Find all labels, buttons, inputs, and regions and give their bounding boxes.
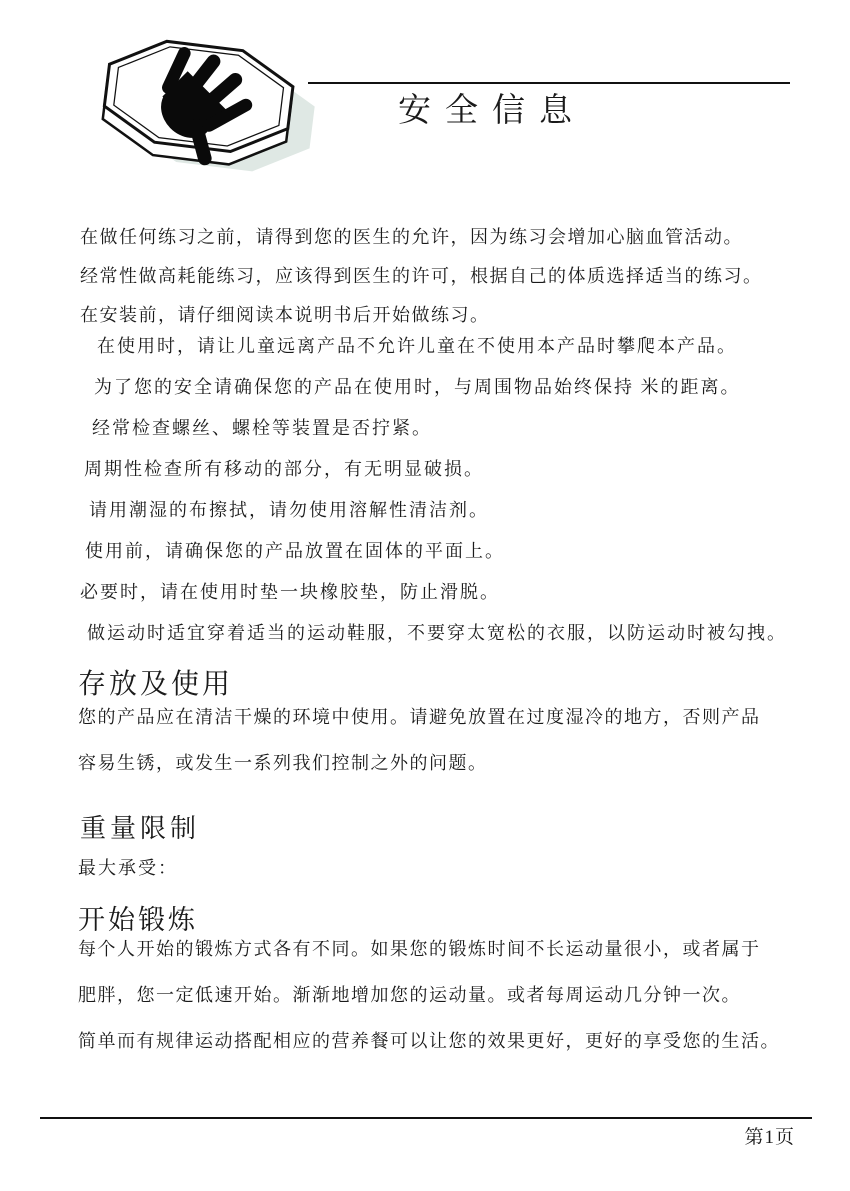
section-paragraph-start: 每个人开始的锻炼方式各有不同。如果您的锻炼时间不长运动量很小，或者属于 肥胖，您…	[78, 926, 818, 1064]
safety-item: 请用潮湿的布擦拭，请勿使用溶解性清洁剂。	[78, 490, 818, 531]
safety-item: 在使用时，请让儿童远离产品不允许儿童在不使用本产品时攀爬本产品。	[78, 326, 818, 367]
section-paragraph-weight: 最大承受：	[78, 852, 818, 884]
intro-line: 经常性做高耗能练习，应该得到医生的许可，根据自己的体质选择适当的练习。	[80, 257, 780, 296]
section-paragraph-storage: 您的产品应在清洁干燥的环境中使用。请避免放置在过度湿冷的地方，否则产品 容易生锈…	[78, 694, 818, 786]
footer-rule	[40, 1117, 812, 1119]
safety-item: 必要时，请在使用时垫一块橡胶垫，防止滑脱。	[78, 572, 818, 613]
paragraph-line: 最大承受：	[78, 852, 818, 884]
document-page: 安全信息 在做任何练习之前，请得到您的医生的允许，因为练习会增加心脑血管活动。 …	[0, 0, 850, 1191]
stop-hand-icon	[88, 22, 338, 172]
page-title: 安全信息	[398, 84, 586, 131]
intro-paragraph: 在做任何练习之前，请得到您的医生的允许，因为练习会增加心脑血管活动。 经常性做高…	[80, 218, 780, 335]
paragraph-line: 简单而有规律运动搭配相应的营养餐可以让您的效果更好，更好的享受您的生活。	[78, 1018, 818, 1064]
safety-item: 经常检查螺丝、螺栓等装置是否拧紧。	[78, 408, 818, 449]
stop-hand-icon-svg	[88, 22, 338, 172]
paragraph-line: 您的产品应在清洁干燥的环境中使用。请避免放置在过度湿冷的地方，否则产品	[78, 694, 818, 740]
paragraph-line: 肥胖，您一定低速开始。渐渐地增加您的运动量。或者每周运动几分钟一次。	[78, 972, 818, 1018]
paragraph-line: 每个人开始的锻炼方式各有不同。如果您的锻炼时间不长运动量很小，或者属于	[78, 926, 818, 972]
safety-list: 在使用时，请让儿童远离产品不允许儿童在不使用本产品时攀爬本产品。 为了您的安全请…	[78, 326, 818, 654]
safety-item: 周期性检查所有移动的部分，有无明显破损。	[78, 449, 818, 490]
section-heading-weight: 重量限制	[80, 808, 200, 845]
safety-item: 使用前，请确保您的产品放置在固体的平面上。	[78, 531, 818, 572]
paragraph-line: 容易生锈，或发生一系列我们控制之外的问题。	[78, 740, 818, 786]
intro-line: 在做任何练习之前，请得到您的医生的允许，因为练习会增加心脑血管活动。	[80, 218, 780, 257]
safety-item: 做运动时适宜穿着适当的运动鞋服，不要穿太宽松的衣服，以防运动时被勾拽。	[78, 613, 818, 654]
footer-page-number: 第1页	[744, 1122, 795, 1149]
safety-item: 为了您的安全请确保您的产品在使用时，与周围物品始终保持 米的距离。	[78, 367, 818, 408]
